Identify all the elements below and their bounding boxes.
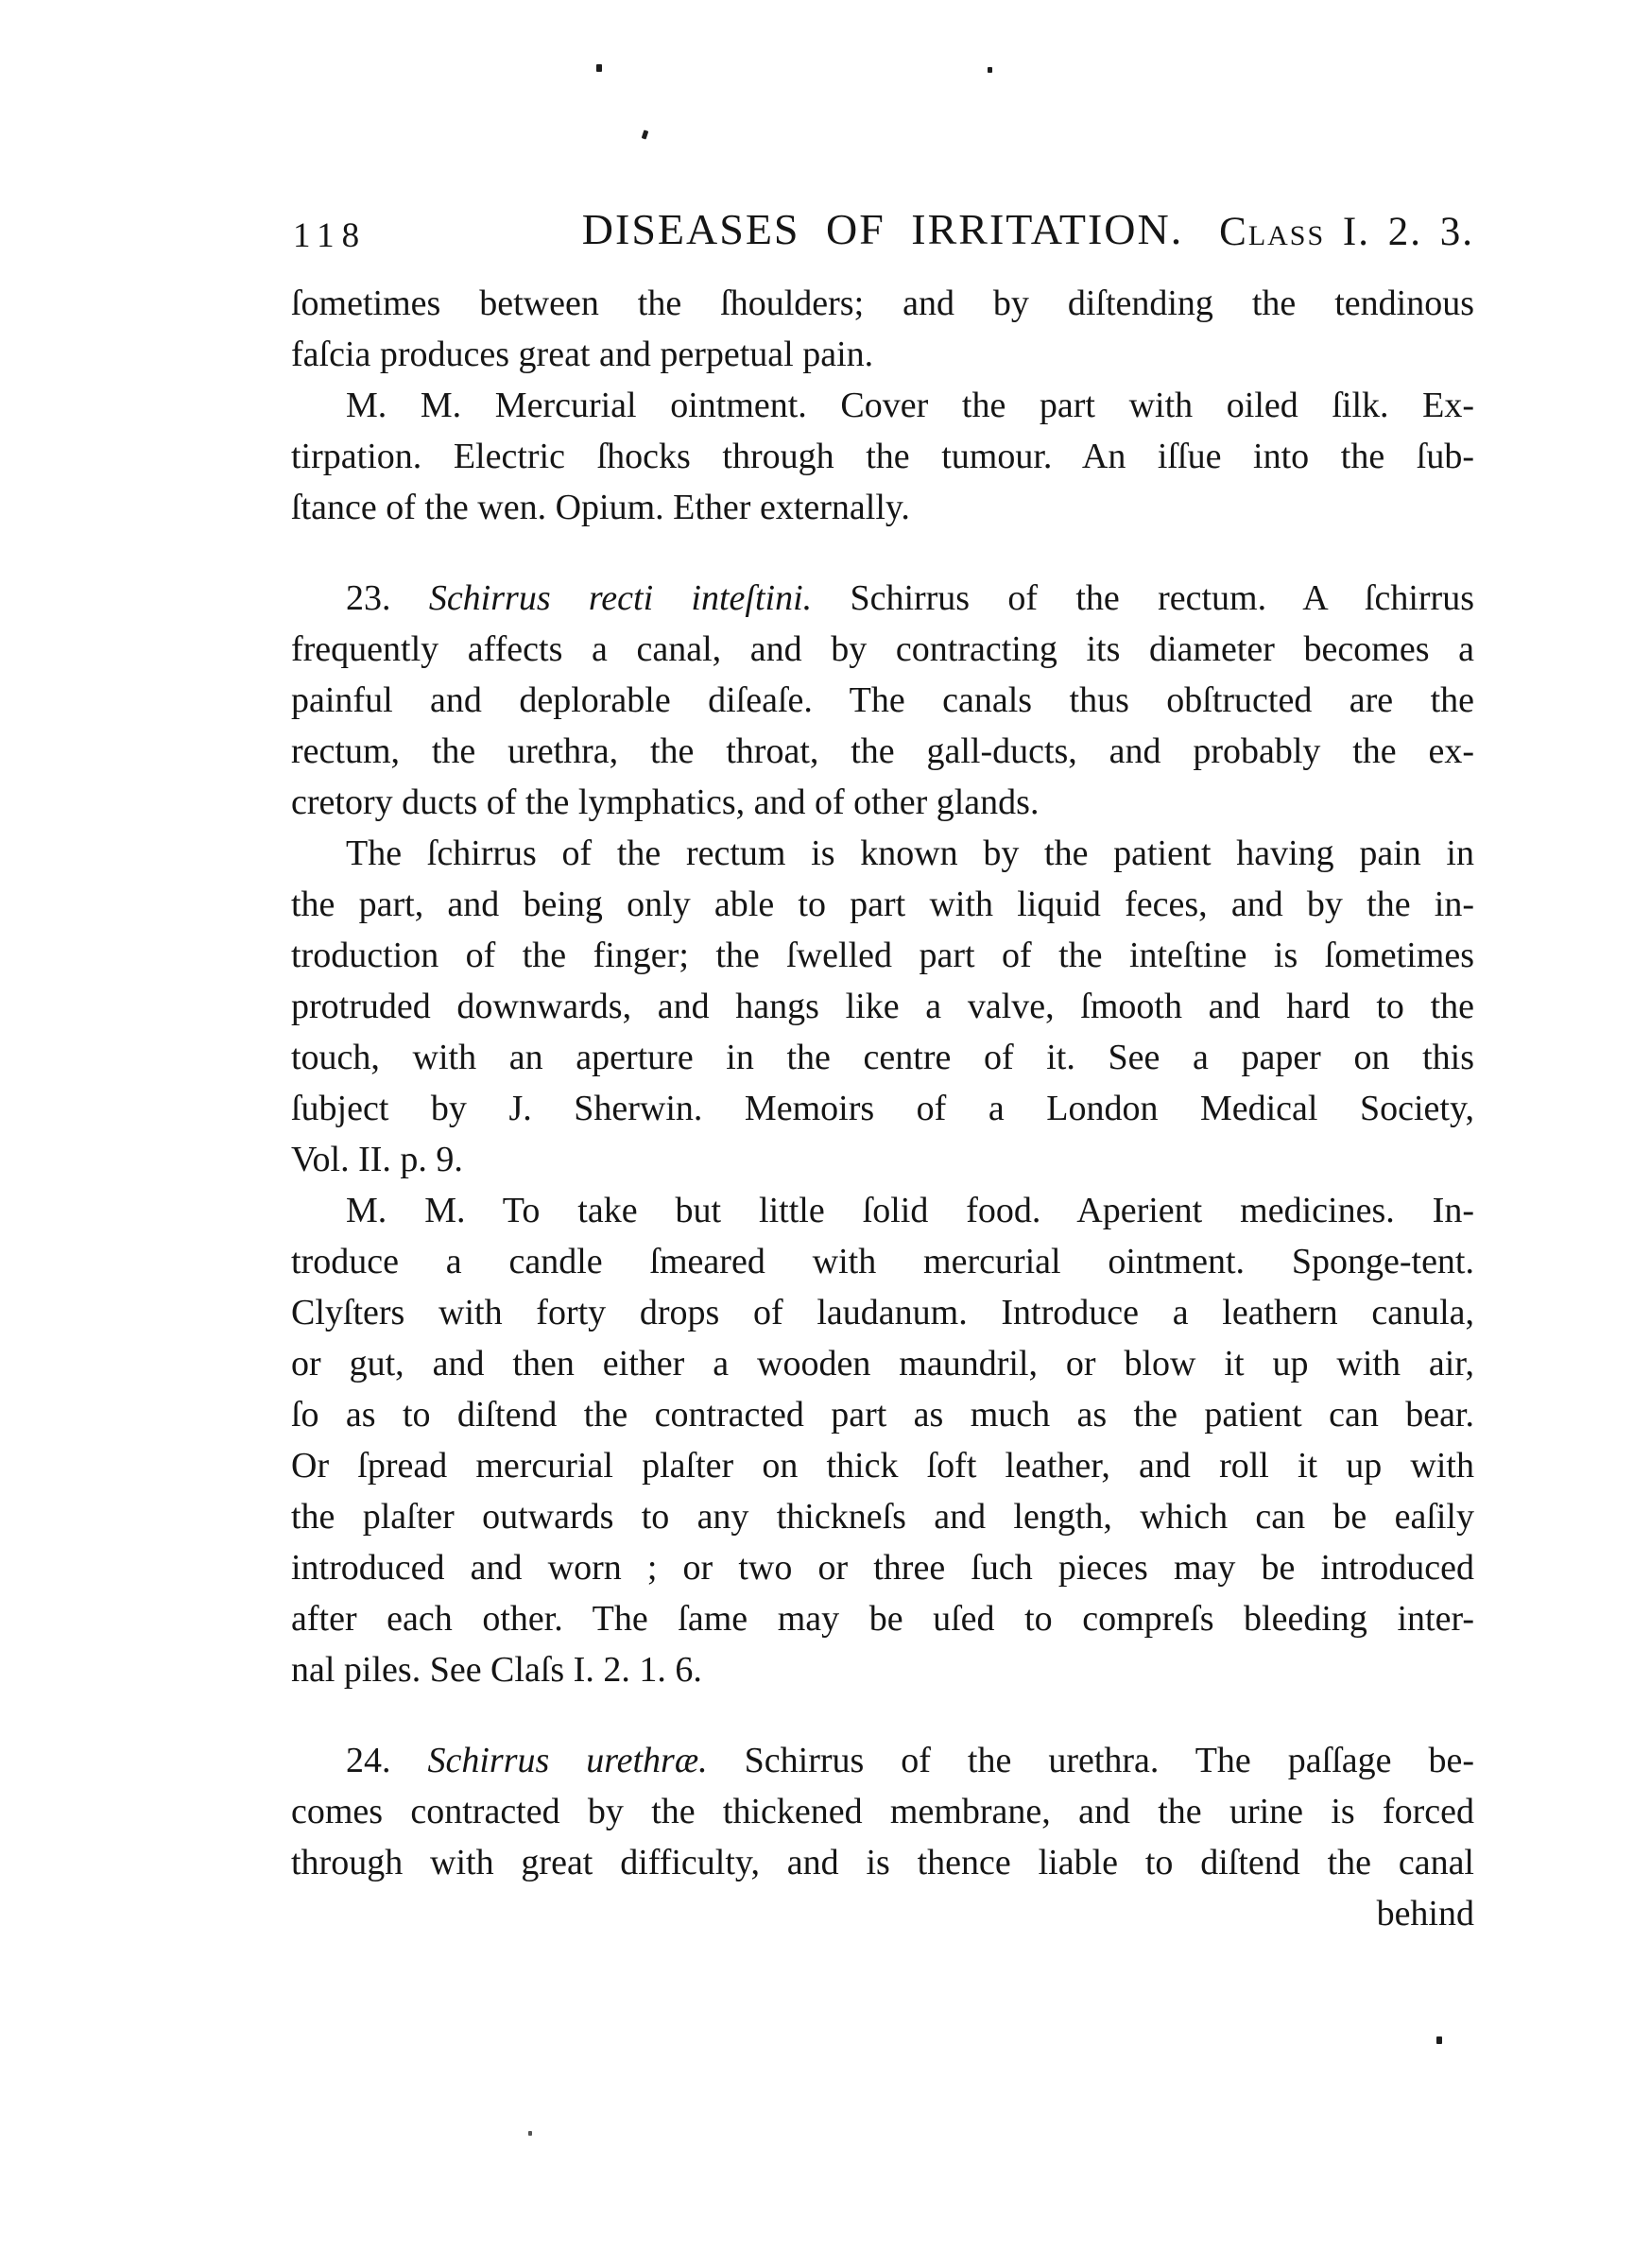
- text-line: troduce a candle ſmeared with mercurial …: [291, 1236, 1474, 1287]
- running-head: 118 DISEASES OF IRRITATION. Class I. 2. …: [291, 204, 1474, 261]
- text-line: tirpation. Electric ſhocks through the t…: [291, 431, 1474, 482]
- text-line: troduction of the finger; the ſwelled pa…: [291, 930, 1474, 981]
- paragraph: 23. Schirrus recti inteſtini. Schirrus o…: [291, 573, 1474, 828]
- text-line: ſo as to diſtend the contracted part as …: [291, 1389, 1474, 1440]
- text-line: cretory ducts of the lymphatics, and of …: [291, 777, 1474, 828]
- scan-speck: [1436, 2036, 1442, 2044]
- text-line: the plaſter outwards to any thickneſs an…: [291, 1491, 1474, 1542]
- text-line: Or ſpread mercurial plaſter on thick ſof…: [291, 1440, 1474, 1491]
- text-line: introduced and worn ; or two or three ſu…: [291, 1542, 1474, 1593]
- text-line: rectum, the urethra, the throat, the gal…: [291, 726, 1474, 777]
- text-line: or gut, and then either a wooden maundri…: [291, 1338, 1474, 1389]
- text-line: ſometimes between the ſhoulders; and by …: [291, 278, 1474, 329]
- text-line: painful and deplorable diſeaſe. The cana…: [291, 675, 1474, 726]
- text-line: touch, with an aperture in the centre of…: [291, 1032, 1474, 1083]
- text-line: protruded downwards, and hangs like a va…: [291, 981, 1474, 1032]
- text-line: frequently affects a canal, and by contr…: [291, 624, 1474, 675]
- scan-speck: [596, 64, 602, 72]
- text-line: nal piles. See Claſs I. 2. 1. 6.: [291, 1644, 1474, 1695]
- paragraphs-container: ſometimes between the ſhoulders; and by …: [291, 278, 1474, 1888]
- paragraph: M. M. Mercurial ointment. Cover the part…: [291, 380, 1474, 533]
- paragraph: The ſchirrus of the rectum is known by t…: [291, 828, 1474, 1185]
- text-line: ſtance of the wen. Opium. Ether external…: [291, 482, 1474, 533]
- text-line: ſubject by J. Sherwin. Memoirs of a Lond…: [291, 1083, 1474, 1134]
- text-line: Clyſters with forty drops of laudanum. I…: [291, 1287, 1474, 1338]
- text-line: 24. Schirrus urethræ. Schirrus of the ur…: [291, 1735, 1474, 1786]
- text-block: ſometimes between the ſhoulders; and by …: [291, 278, 1474, 1939]
- paragraph: ſometimes between the ſhoulders; and by …: [291, 278, 1474, 380]
- text-line: after each other. The ſame may be uſed t…: [291, 1593, 1474, 1644]
- text-line: faſcia produces great and perpetual pain…: [291, 329, 1474, 380]
- scan-speck: [642, 129, 649, 139]
- text-line: through with great difficulty, and is th…: [291, 1837, 1474, 1888]
- text-line: comes contracted by the thickened membra…: [291, 1786, 1474, 1837]
- section-reference: Class I. 2. 3.: [1219, 209, 1474, 255]
- book-page: 118 DISEASES OF IRRITATION. Class I. 2. …: [0, 0, 1633, 2268]
- text-line: M. M. Mercurial ointment. Cover the part…: [291, 380, 1474, 431]
- paragraph: M. M. To take but little ſolid food. Ape…: [291, 1185, 1474, 1695]
- text-line: the part, and being only able to part wi…: [291, 879, 1474, 930]
- text-line: The ſchirrus of the rectum is known by t…: [291, 828, 1474, 879]
- text-line: M. M. To take but little ſolid food. Ape…: [291, 1185, 1474, 1236]
- catchword: behind: [1377, 1894, 1474, 1933]
- text-line: Vol. II. p. 9.: [291, 1134, 1474, 1185]
- scan-speck: [528, 2131, 532, 2136]
- catchword-row: behind: [291, 1888, 1474, 1939]
- paragraph: 24. Schirrus urethræ. Schirrus of the ur…: [291, 1735, 1474, 1888]
- text-line: 23. Schirrus recti inteſtini. Schirrus o…: [291, 573, 1474, 624]
- scan-speck: [988, 67, 992, 73]
